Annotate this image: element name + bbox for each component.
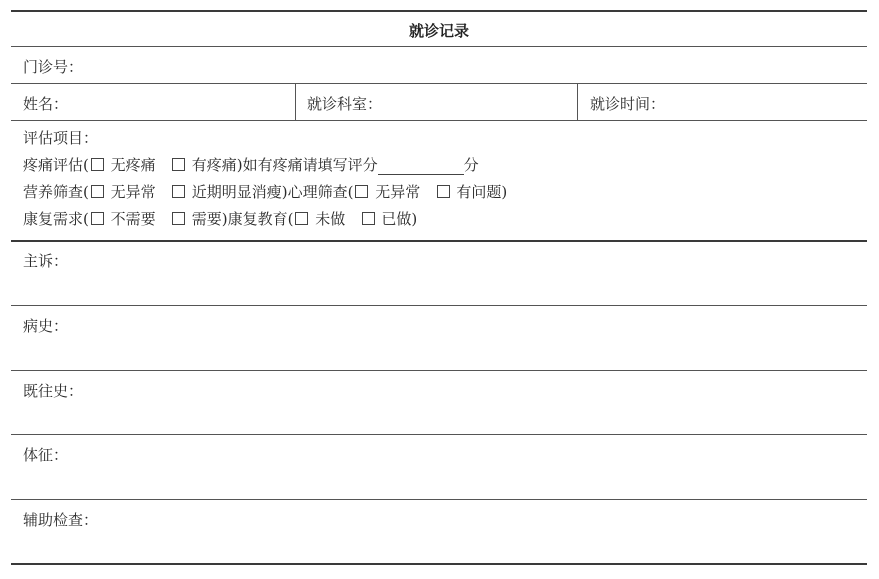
option-label: 无异常 <box>375 183 420 201</box>
score-prompt: 如有疼痛请填写评分 <box>243 156 378 174</box>
physical-signs-field[interactable]: 体征： <box>23 445 68 465</box>
divider <box>11 46 867 47</box>
pain-label: 疼痛评估( <box>23 156 89 174</box>
divider <box>11 10 867 12</box>
divider <box>11 370 867 371</box>
rehab-label: 康复需求( <box>23 210 89 228</box>
divider <box>11 305 867 306</box>
checkbox-psych-problem[interactable] <box>437 185 450 198</box>
option-label: 无异常 <box>111 183 156 201</box>
form-title: 就诊记录 <box>11 20 867 41</box>
divider <box>11 240 867 242</box>
score-unit: 分 <box>464 156 479 174</box>
checkbox-rehab-needed[interactable] <box>172 212 185 225</box>
option-label: 需要) <box>192 210 228 228</box>
psych-label: 心理筛查( <box>288 183 354 201</box>
option-label: 有问题) <box>456 183 507 201</box>
checkbox-nutrition-normal[interactable] <box>91 185 104 198</box>
option-label: 未做 <box>315 210 345 228</box>
name-field[interactable]: 姓名： <box>23 94 68 114</box>
option-label: 无疼痛 <box>111 156 156 174</box>
rehab-needs-row: 康复需求( 不需要 需要)康复教育( 未做 已做) <box>23 209 417 229</box>
department-field[interactable]: 就诊科室： <box>307 94 382 114</box>
outpatient-no-field[interactable]: 门诊号： <box>23 57 83 77</box>
option-label: 不需要 <box>111 210 156 228</box>
column-divider <box>295 83 296 120</box>
checkbox-edu-done[interactable] <box>362 212 375 225</box>
pain-assessment-row: 疼痛评估( 无疼痛 有疼痛)如有疼痛请填写评分分 <box>23 155 479 175</box>
nutrition-label: 营养筛查( <box>23 183 89 201</box>
medical-history-field[interactable]: 病史： <box>23 316 68 336</box>
nutrition-screening-row: 营养筛查( 无异常 近期明显消瘦)心理筛查( 无异常 有问题) <box>23 182 507 202</box>
auxiliary-exam-field[interactable]: 辅助检查： <box>23 510 98 530</box>
rehab-edu-label: 康复教育( <box>228 210 294 228</box>
chief-complaint-field[interactable]: 主诉： <box>23 251 68 271</box>
checkbox-rehab-not-needed[interactable] <box>91 212 104 225</box>
past-history-field[interactable]: 既往史： <box>23 381 83 401</box>
column-divider <box>577 83 578 120</box>
divider <box>11 120 867 121</box>
option-label: 近期明显消瘦) <box>192 183 288 201</box>
divider <box>11 434 867 435</box>
visit-time-field[interactable]: 就诊时间： <box>590 94 665 114</box>
divider <box>11 499 867 500</box>
option-label: 已做) <box>381 210 417 228</box>
checkbox-no-pain[interactable] <box>91 158 104 171</box>
checkbox-psych-normal[interactable] <box>355 185 368 198</box>
divider <box>11 83 867 84</box>
divider <box>11 563 867 565</box>
checkbox-edu-not-done[interactable] <box>295 212 308 225</box>
option-label: 有疼痛) <box>192 156 243 174</box>
assessment-heading: 评估项目： <box>23 128 98 148</box>
checkbox-has-pain[interactable] <box>172 158 185 171</box>
checkbox-weight-loss[interactable] <box>172 185 185 198</box>
pain-score-input[interactable] <box>378 159 464 175</box>
